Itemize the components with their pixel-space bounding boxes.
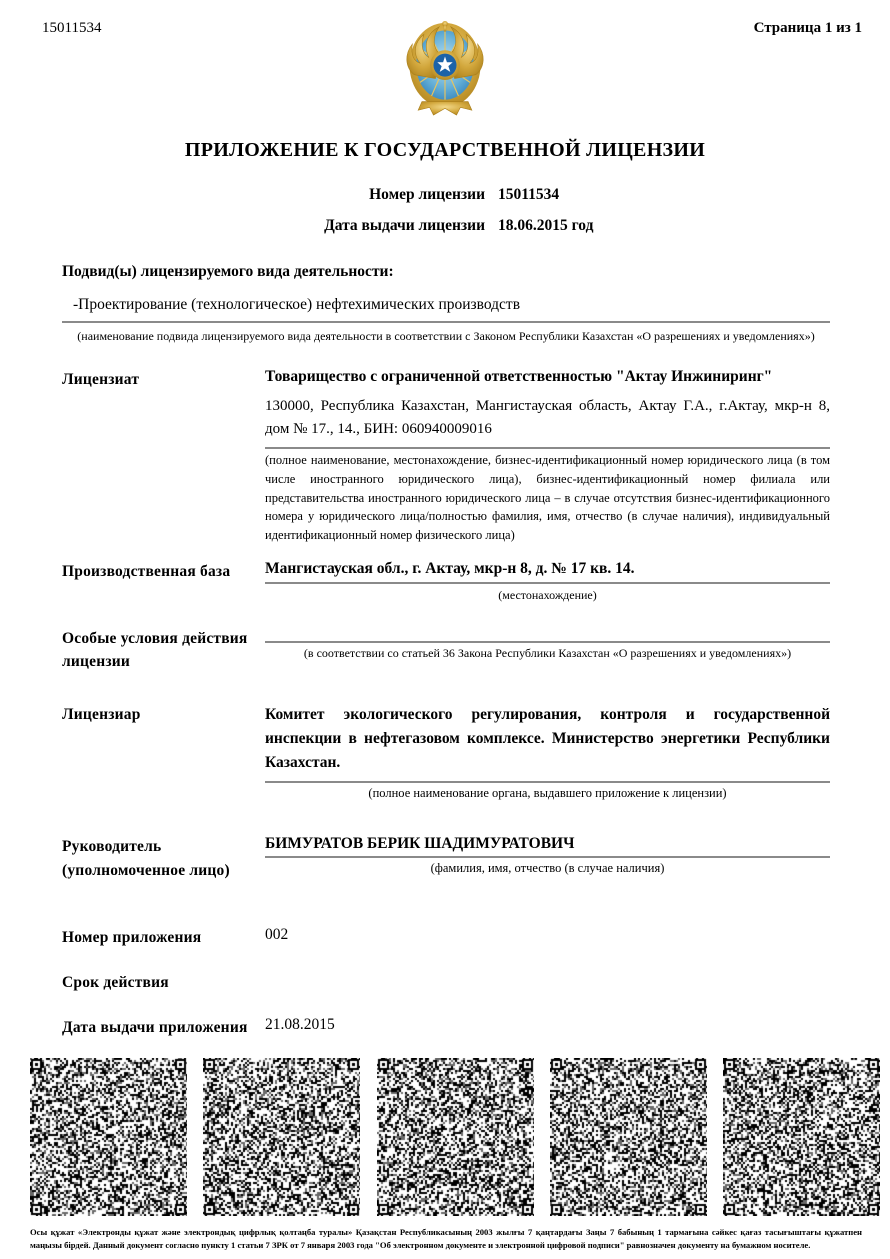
activity-subtype-item: -Проектирование (технологическое) нефтех…	[62, 296, 830, 314]
validity-value	[265, 971, 830, 994]
license-info: Номер лицензии 15011534 Дата выдачи лице…	[0, 186, 890, 235]
digital-signature-barcode	[203, 1058, 360, 1216]
licensor-value-block: Комитет экологического регулирования, ко…	[265, 703, 830, 801]
appendix-issue-date-row: Дата выдачи приложения 21.08.2015	[62, 1016, 830, 1039]
page-header: 15011534 Страница 1 из 1	[0, 0, 890, 125]
license-date-value: 18.06.2015 год	[485, 217, 735, 235]
validity-label: Срок действия	[62, 971, 265, 994]
license-appendix-page: 15011534 Страница 1 из 1	[0, 0, 890, 1259]
production-base-label: Производственная база	[62, 560, 265, 603]
license-number-value: 15011534	[485, 186, 735, 204]
activity-subtype-caption: (наименование подвида лицензируемого вид…	[72, 327, 820, 346]
document-title: ПРИЛОЖЕНИЕ К ГОСУДАРСТВЕННОЙ ЛИЦЕНЗИИ	[0, 139, 890, 162]
license-number-line: Номер лицензии 15011534	[0, 186, 890, 204]
appendix-number-value: 002	[265, 926, 830, 949]
digital-signature-barcode	[723, 1058, 880, 1216]
licensee-address: 130000, Республика Казахстан, Мангистаус…	[265, 395, 830, 442]
license-date-line: Дата выдачи лицензии 18.06.2015 год	[0, 217, 890, 235]
digital-signature-barcode	[30, 1058, 187, 1216]
head-person-label: Руководитель (уполномоченное лицо)	[62, 835, 265, 882]
licensor-label: Лицензиар	[62, 703, 265, 801]
document-body: Подвид(ы) лицензируемого вида деятельнос…	[62, 263, 830, 1091]
head-person-caption: (фамилия, имя, отчество (в случае наличи…	[265, 861, 830, 876]
license-date-label: Дата выдачи лицензии	[155, 217, 485, 235]
digital-signature-barcode	[550, 1058, 707, 1216]
licensee-row: Лицензиат Товарищество с ограниченной от…	[62, 368, 830, 545]
production-base-caption: (местонахождение)	[265, 588, 830, 603]
head-person-row: Руководитель (уполномоченное лицо) БИМУР…	[62, 835, 830, 882]
licensee-value-block: Товарищество с ограниченной ответственно…	[265, 368, 830, 545]
activity-subtype-heading: Подвид(ы) лицензируемого вида деятельнос…	[62, 263, 830, 281]
production-base-value: Мангистауская обл., г. Актау, мкр-н 8, д…	[265, 560, 830, 584]
rule-line	[265, 447, 830, 449]
appendix-issue-date-label: Дата выдачи приложения	[62, 1016, 265, 1039]
special-conditions-row: Особые условия действия лицензии (в соот…	[62, 627, 830, 674]
kazakhstan-emblem-icon	[397, 14, 493, 122]
licensor-value: Комитет экологического регулирования, ко…	[265, 703, 830, 775]
appendix-number-label: Номер приложения	[62, 926, 265, 949]
licensee-label: Лицензиат	[62, 368, 265, 545]
production-base-row: Производственная база Мангистауская обл.…	[62, 560, 830, 603]
digital-signature-barcode	[377, 1058, 534, 1216]
special-conditions-value	[265, 627, 830, 643]
head-person-value-block: БИМУРАТОВ БЕРИК ШАДИМУРАТОВИЧ (фамилия, …	[265, 835, 830, 882]
appendix-number-row: Номер приложения 002	[62, 926, 830, 949]
header-license-number: 15011534	[42, 20, 101, 37]
licensee-caption: (полное наименование, местонахождение, б…	[265, 451, 830, 545]
appendix-issue-date-value: 21.08.2015	[265, 1016, 830, 1039]
licensor-caption: (полное наименование органа, выдавшего п…	[265, 786, 830, 801]
special-conditions-value-block: (в соответствии со статьей 36 Закона Рес…	[265, 627, 830, 674]
licensor-row: Лицензиар Комитет экологического регулир…	[62, 703, 830, 801]
activity-subtype-text: Проектирование (технологическое) нефтехи…	[78, 296, 520, 313]
head-person-name: БИМУРАТОВ БЕРИК ШАДИМУРАТОВИЧ	[265, 835, 830, 858]
production-base-value-block: Мангистауская обл., г. Актау, мкр-н 8, д…	[265, 560, 830, 603]
licensee-name: Товарищество с ограниченной ответственно…	[265, 368, 830, 386]
rule-line	[265, 781, 830, 783]
license-number-label: Номер лицензии	[155, 186, 485, 204]
special-conditions-caption: (в соответствии со статьей 36 Закона Рес…	[265, 646, 830, 661]
special-conditions-label: Особые условия действия лицензии	[62, 627, 265, 674]
page-indicator: Страница 1 из 1	[754, 20, 862, 37]
legal-footnote: Осы құжат «Электронды құжат және электро…	[30, 1226, 862, 1252]
digital-signature-barcode-strip	[30, 1058, 880, 1216]
validity-row: Срок действия	[62, 971, 830, 994]
rule-line	[62, 321, 830, 323]
